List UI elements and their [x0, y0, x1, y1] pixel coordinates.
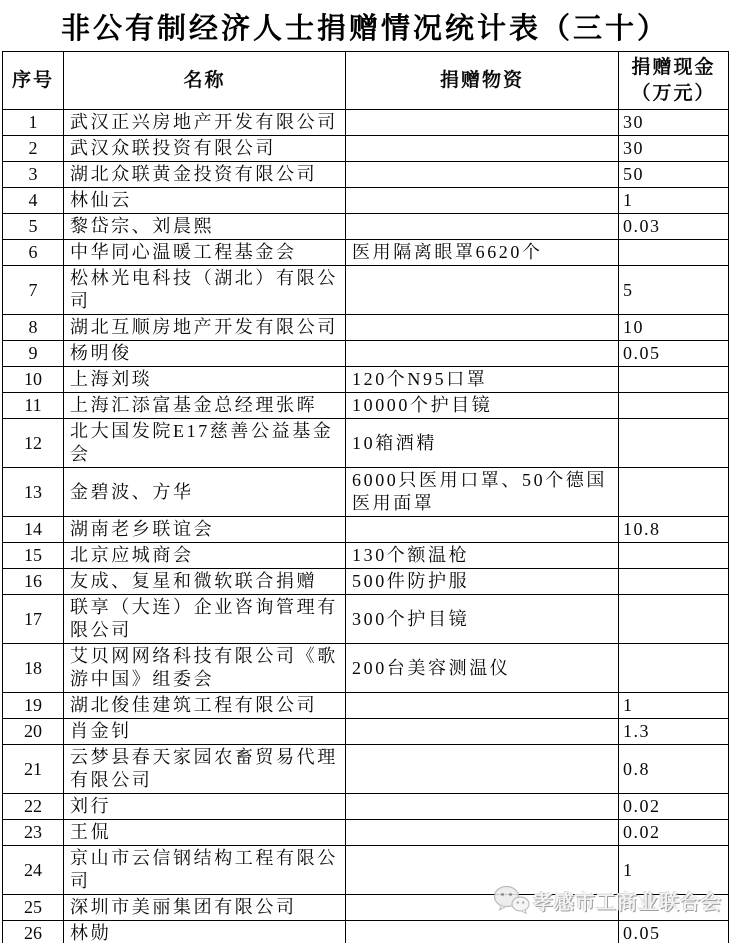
- row-index-cell: 25: [3, 895, 64, 921]
- row-name-cell: 中华同心温暖工程基金会: [64, 240, 346, 266]
- table-row: 6中华同心温暖工程基金会医用隔离眼罩6620个: [3, 240, 729, 266]
- col-header-cash: 捐赠现金 （万元）: [619, 52, 729, 110]
- row-name-cell: 京山市云信钢结构工程有限公司: [64, 846, 346, 895]
- col-header-cash-line2: （万元）: [631, 83, 715, 104]
- table-row: 23王侃0.02: [3, 820, 729, 846]
- row-materials-cell: [346, 110, 619, 136]
- row-cash-cell: 0.05: [619, 921, 729, 943]
- row-cash-cell: 10: [619, 315, 729, 341]
- table-body: 1武汉正兴房地产开发有限公司302武汉众联投资有限公司303湖北众联黄金投资有限…: [3, 110, 729, 943]
- table-row: 26林勋0.05: [3, 921, 729, 943]
- row-cash-cell: [619, 595, 729, 644]
- row-materials-cell: [346, 517, 619, 543]
- row-materials-cell: [346, 820, 619, 846]
- table-row: 25深圳市美丽集团有限公司: [3, 895, 729, 921]
- table-row: 12北大国发院E17慈善公益基金会10箱酒精: [3, 419, 729, 468]
- row-name-cell: 松林光电科技（湖北）有限公司: [64, 266, 346, 315]
- row-name-cell: 上海汇添富基金总经理张晖: [64, 393, 346, 419]
- row-name-cell: 肖金钊: [64, 719, 346, 745]
- row-name-cell: 刘行: [64, 794, 346, 820]
- row-materials-cell: 10000个护目镜: [346, 393, 619, 419]
- row-name-cell: 金碧波、方华: [64, 468, 346, 517]
- row-index-cell: 13: [3, 468, 64, 517]
- row-name-cell: 上海刘琰: [64, 367, 346, 393]
- row-index-cell: 24: [3, 846, 64, 895]
- row-index-cell: 9: [3, 341, 64, 367]
- row-cash-cell: 0.03: [619, 214, 729, 240]
- row-cash-cell: [619, 393, 729, 419]
- row-materials-cell: 130个额温枪: [346, 543, 619, 569]
- row-cash-cell: 0.02: [619, 820, 729, 846]
- table-row: 21云梦县春天家园农畜贸易代理有限公司0.8: [3, 745, 729, 794]
- row-index-cell: 10: [3, 367, 64, 393]
- row-index-cell: 15: [3, 543, 64, 569]
- table-row: 8湖北互顺房地产开发有限公司10: [3, 315, 729, 341]
- row-cash-cell: 0.05: [619, 341, 729, 367]
- row-materials-cell: [346, 745, 619, 794]
- row-name-cell: 林勋: [64, 921, 346, 943]
- row-name-cell: 湖南老乡联谊会: [64, 517, 346, 543]
- table-row: 16友成、复星和微软联合捐赠500件防护服: [3, 569, 729, 595]
- table-row: 5黎岱宗、刘晨熙0.03: [3, 214, 729, 240]
- table-header: 序号 名称 捐赠物资 捐赠现金 （万元）: [3, 52, 729, 110]
- row-cash-cell: [619, 419, 729, 468]
- table-row: 13金碧波、方华6000只医用口罩、50个德国医用面罩: [3, 468, 729, 517]
- row-cash-cell: [619, 468, 729, 517]
- table-row: 9杨明俊0.05: [3, 341, 729, 367]
- row-cash-cell: 1: [619, 188, 729, 214]
- row-name-cell: 云梦县春天家园农畜贸易代理有限公司: [64, 745, 346, 794]
- row-index-cell: 26: [3, 921, 64, 943]
- row-name-cell: 友成、复星和微软联合捐赠: [64, 569, 346, 595]
- col-header-index: 序号: [3, 52, 64, 110]
- row-materials-cell: [346, 188, 619, 214]
- col-header-cash-line1: 捐赠现金: [631, 57, 715, 78]
- row-materials-cell: [346, 895, 619, 921]
- table-row: 14湖南老乡联谊会10.8: [3, 517, 729, 543]
- row-cash-cell: 0.8: [619, 745, 729, 794]
- table-row: 1武汉正兴房地产开发有限公司30: [3, 110, 729, 136]
- row-materials-cell: [346, 266, 619, 315]
- row-name-cell: 北大国发院E17慈善公益基金会: [64, 419, 346, 468]
- row-index-cell: 3: [3, 162, 64, 188]
- row-materials-cell: [346, 136, 619, 162]
- row-materials-cell: 医用隔离眼罩6620个: [346, 240, 619, 266]
- row-name-cell: 深圳市美丽集团有限公司: [64, 895, 346, 921]
- row-cash-cell: 1.3: [619, 719, 729, 745]
- row-name-cell: 湖北众联黄金投资有限公司: [64, 162, 346, 188]
- row-materials-cell: [346, 693, 619, 719]
- table-row: 17联享（大连）企业咨询管理有限公司300个护目镜: [3, 595, 729, 644]
- row-materials-cell: [346, 341, 619, 367]
- row-index-cell: 2: [3, 136, 64, 162]
- table-row: 18艾贝网网络科技有限公司《歌游中国》组委会200台美容测温仪: [3, 644, 729, 693]
- row-cash-cell: 10.8: [619, 517, 729, 543]
- row-index-cell: 7: [3, 266, 64, 315]
- row-index-cell: 20: [3, 719, 64, 745]
- row-name-cell: 武汉正兴房地产开发有限公司: [64, 110, 346, 136]
- row-materials-cell: 500件防护服: [346, 569, 619, 595]
- col-header-materials: 捐赠物资: [346, 52, 619, 110]
- row-index-cell: 21: [3, 745, 64, 794]
- row-name-cell: 武汉众联投资有限公司: [64, 136, 346, 162]
- table-row: 19湖北俊佳建筑工程有限公司1: [3, 693, 729, 719]
- row-index-cell: 22: [3, 794, 64, 820]
- row-index-cell: 12: [3, 419, 64, 468]
- table-row: 4林仙云1: [3, 188, 729, 214]
- row-index-cell: 11: [3, 393, 64, 419]
- row-cash-cell: 1: [619, 693, 729, 719]
- row-materials-cell: [346, 719, 619, 745]
- row-index-cell: 4: [3, 188, 64, 214]
- row-materials-cell: [346, 162, 619, 188]
- table-row: 24京山市云信钢结构工程有限公司1: [3, 846, 729, 895]
- row-materials-cell: [346, 315, 619, 341]
- row-cash-cell: 30: [619, 110, 729, 136]
- row-cash-cell: [619, 569, 729, 595]
- row-name-cell: 联享（大连）企业咨询管理有限公司: [64, 595, 346, 644]
- row-index-cell: 17: [3, 595, 64, 644]
- row-name-cell: 林仙云: [64, 188, 346, 214]
- row-index-cell: 1: [3, 110, 64, 136]
- row-index-cell: 14: [3, 517, 64, 543]
- row-cash-cell: 50: [619, 162, 729, 188]
- row-cash-cell: [619, 240, 729, 266]
- row-materials-cell: [346, 214, 619, 240]
- row-name-cell: 湖北俊佳建筑工程有限公司: [64, 693, 346, 719]
- row-cash-cell: 0.02: [619, 794, 729, 820]
- row-name-cell: 北京应城商会: [64, 543, 346, 569]
- row-index-cell: 8: [3, 315, 64, 341]
- row-materials-cell: 6000只医用口罩、50个德国医用面罩: [346, 468, 619, 517]
- row-materials-cell: 300个护目镜: [346, 595, 619, 644]
- row-name-cell: 艾贝网网络科技有限公司《歌游中国》组委会: [64, 644, 346, 693]
- row-materials-cell: 120个N95口罩: [346, 367, 619, 393]
- row-index-cell: 5: [3, 214, 64, 240]
- row-materials-cell: [346, 846, 619, 895]
- table-row: 11上海汇添富基金总经理张晖10000个护目镜: [3, 393, 729, 419]
- row-index-cell: 16: [3, 569, 64, 595]
- table-row: 22刘行0.02: [3, 794, 729, 820]
- row-cash-cell: [619, 543, 729, 569]
- row-materials-cell: 10箱酒精: [346, 419, 619, 468]
- table-row: 20肖金钊1.3: [3, 719, 729, 745]
- row-name-cell: 王侃: [64, 820, 346, 846]
- row-index-cell: 6: [3, 240, 64, 266]
- row-cash-cell: 1: [619, 846, 729, 895]
- header-row: 序号 名称 捐赠物资 捐赠现金 （万元）: [3, 52, 729, 110]
- table-row: 3湖北众联黄金投资有限公司50: [3, 162, 729, 188]
- row-cash-cell: [619, 644, 729, 693]
- row-cash-cell: [619, 367, 729, 393]
- donation-statistics-page: 非公有制经济人士捐赠情况统计表（三十） 序号 名称 捐赠物资 捐赠现金 （万元）…: [0, 0, 730, 943]
- row-index-cell: 23: [3, 820, 64, 846]
- row-cash-cell: 5: [619, 266, 729, 315]
- row-materials-cell: 200台美容测温仪: [346, 644, 619, 693]
- row-name-cell: 湖北互顺房地产开发有限公司: [64, 315, 346, 341]
- row-index-cell: 18: [3, 644, 64, 693]
- col-header-name: 名称: [64, 52, 346, 110]
- table-row: 2武汉众联投资有限公司30: [3, 136, 729, 162]
- row-cash-cell: [619, 895, 729, 921]
- row-materials-cell: [346, 794, 619, 820]
- table-row: 15北京应城商会130个额温枪: [3, 543, 729, 569]
- row-index-cell: 19: [3, 693, 64, 719]
- table-row: 7松林光电科技（湖北）有限公司5: [3, 266, 729, 315]
- row-name-cell: 黎岱宗、刘晨熙: [64, 214, 346, 240]
- donation-table: 序号 名称 捐赠物资 捐赠现金 （万元） 1武汉正兴房地产开发有限公司302武汉…: [2, 51, 729, 943]
- row-materials-cell: [346, 921, 619, 943]
- row-name-cell: 杨明俊: [64, 341, 346, 367]
- row-cash-cell: 30: [619, 136, 729, 162]
- page-title: 非公有制经济人士捐赠情况统计表（三十）: [0, 0, 730, 51]
- table-row: 10上海刘琰120个N95口罩: [3, 367, 729, 393]
